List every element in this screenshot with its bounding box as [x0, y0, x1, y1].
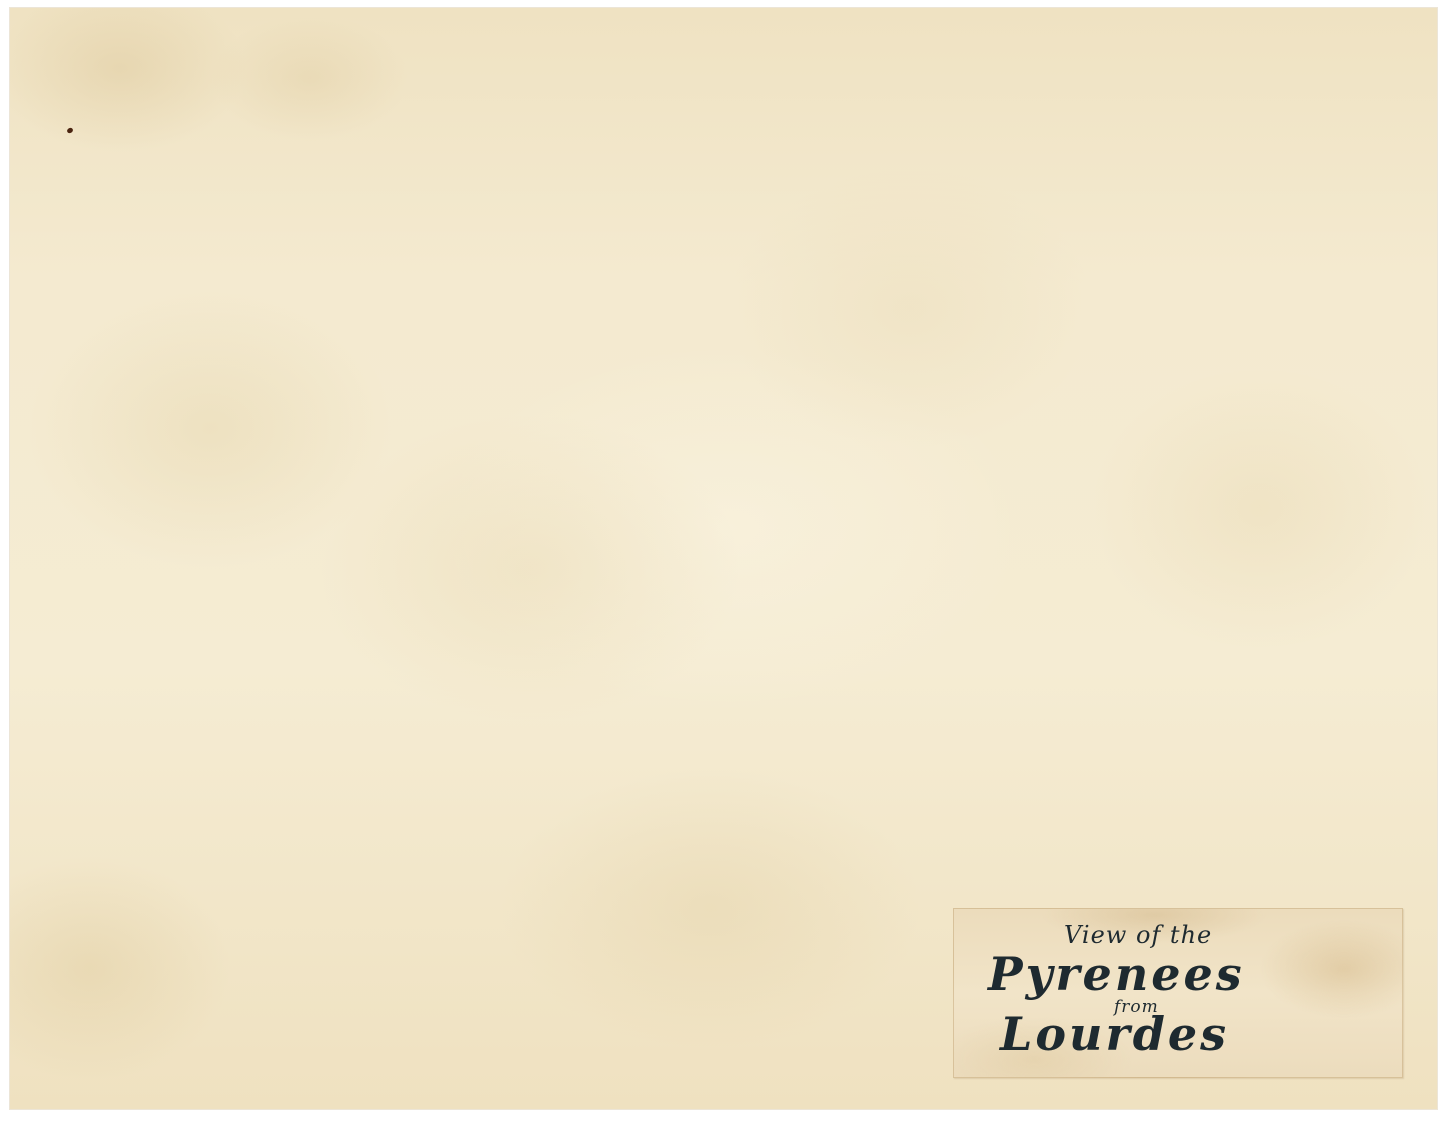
paper-sheet: View of the Pyrenees from Lourdes — [10, 8, 1437, 1109]
ink-speck — [66, 127, 74, 134]
handwritten-label: View of the Pyrenees from Lourdes — [953, 908, 1403, 1078]
label-line-lourdes: Lourdes — [1000, 1007, 1229, 1061]
page-canvas: View of the Pyrenees from Lourdes — [0, 0, 1452, 1121]
label-line-pyrenees: Pyrenees — [988, 947, 1245, 1001]
label-line-view-of-the: View of the — [1064, 921, 1212, 949]
